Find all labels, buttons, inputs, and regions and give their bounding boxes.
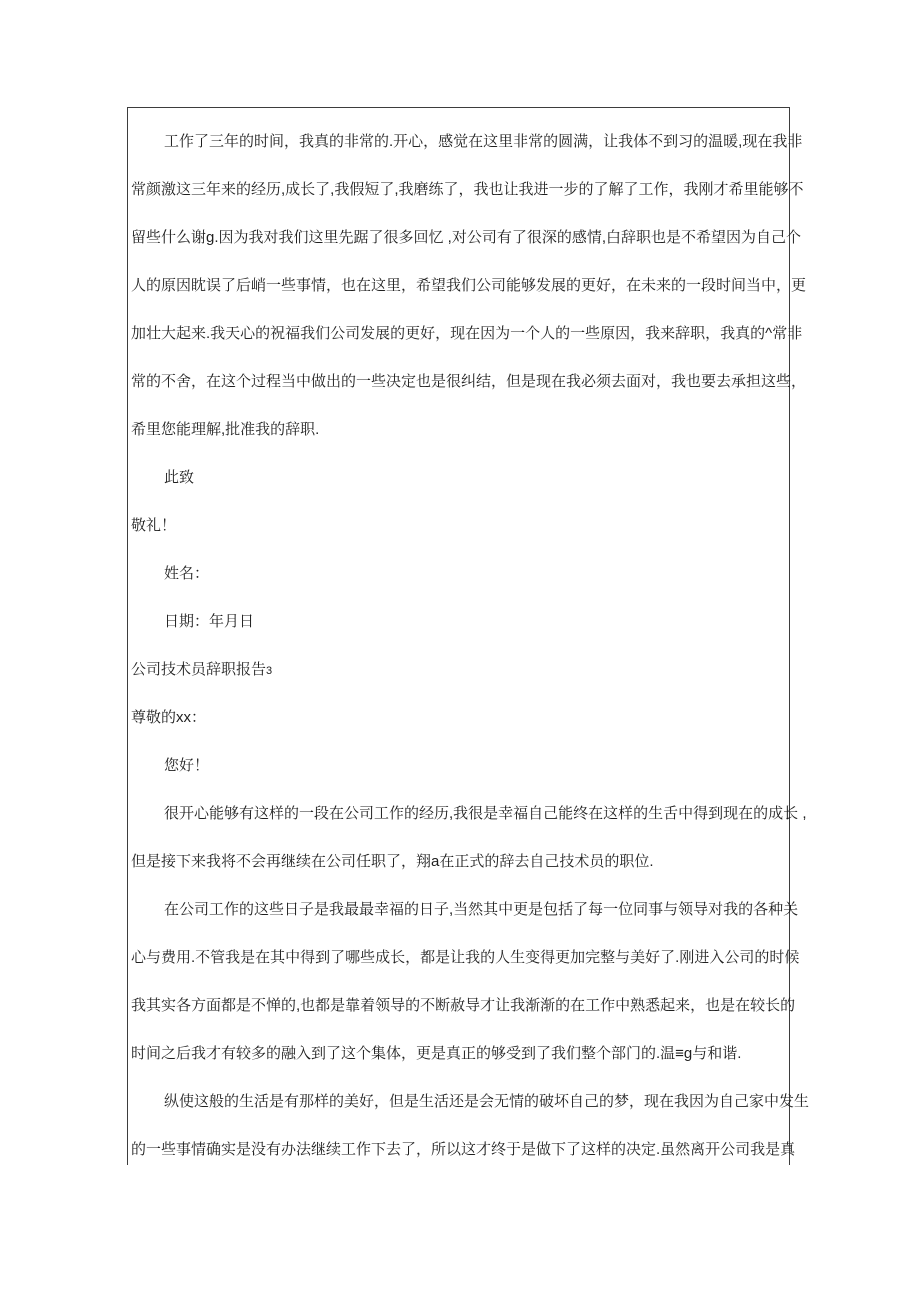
salutation: 尊敬的xx： <box>131 694 789 742</box>
closing-respect: 敬礼！ <box>131 502 789 550</box>
signature-date-label: 日期：年月日 <box>131 598 789 646</box>
section-heading: 公司技术员辞职报告3 <box>131 646 789 694</box>
doc-line: 很开心能够有这样的一段在公司工作的经历,我很是幸福自己能终在这样的生舌中得到现在… <box>131 790 789 838</box>
doc-line: 加壮大起来.我天心的祝福我们公司发展的更好，现在因为一个人的一些原因，我来辞职，… <box>131 310 789 358</box>
closing-salute: 此致 <box>131 454 789 502</box>
page-border-frame: 工作了三年的时间，我真的非常的.开心，感觉在这里非常的圆满，让我体不到习的温暖,… <box>127 107 790 1165</box>
section-heading-text: 公司技术员辞职报告 <box>131 661 266 678</box>
doc-line: 的一些事情确实是没有办法继续工作下去了，所以这才终于是做下了这样的决定.虽然离开… <box>131 1126 789 1174</box>
doc-line: 我其实各方面都是不惮的,也都是靠着领导的不断赦导才让我渐渐的在工作中熟悉起来，也… <box>131 982 789 1030</box>
section-heading-number: 3 <box>266 665 272 677</box>
document-page: 工作了三年的时间，我真的非常的.开心，感觉在这里非常的圆满，让我体不到习的温暖,… <box>0 0 920 1301</box>
greeting: 您好！ <box>131 742 789 790</box>
doc-line: 时间之后我才有较多的融入到了这个集体，更是真正的够受到了我们整个部门的.温≡g与… <box>131 1030 789 1078</box>
doc-line: 常颜激这三年来的经历,成长了,我假短了,我磨练了，我也让我进一步的了解了工作，我… <box>131 166 789 214</box>
doc-line: 在公司工作的这些日子是我最最幸福的日子,当然其中更是包括了每一位同事与领导对我的… <box>131 886 789 934</box>
doc-line: 工作了三年的时间，我真的非常的.开心，感觉在这里非常的圆满，让我体不到习的温暖,… <box>131 118 789 166</box>
doc-line: 留些什么谢g.因为我对我们这里先踞了很多回忆 ,对公司有了很深的感情,白辞职也是… <box>131 214 789 262</box>
doc-line: 人的原因眈误了后峭一些事情，也在这里，希望我们公司能够发展的更好，在未来的一段时… <box>131 262 789 310</box>
doc-line: 但是接下来我将不会再继续在公司任职了，翔a在正式的辞去自己技术员的职位. <box>131 838 789 886</box>
doc-line: 常的不舍，在这个过程当中做出的一些决定也是很纠结，但是现在我必须去面对，我也要去… <box>131 358 789 406</box>
doc-line: 心与费用.不管我是在其中得到了哪些成长，都是让我的人生变得更加完整与美好了.刚进… <box>131 934 789 982</box>
doc-line: 纵使这般的生活是有那样的美好，但是生活还是会无情的破坏自己的梦，现在我因为自己家… <box>131 1078 789 1126</box>
signature-name-label: 姓名： <box>131 550 789 598</box>
doc-line: 希里您能理解,批准我的辞职. <box>131 406 789 454</box>
